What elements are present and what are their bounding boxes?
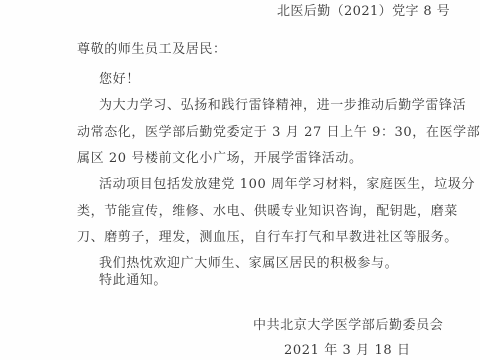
signature-date: 2021 年 3 月 18 日: [284, 343, 411, 359]
paragraph-3: 我们热忱欢迎广大师生、家属区居民的积极参与。: [99, 256, 398, 272]
paragraph-1-line-3: 属区 20 号楼前文化小广场，开展学雷锋活动。: [77, 151, 363, 167]
signature-organization: 中共北京大学医学部后勤委员会: [253, 318, 443, 334]
salutation: 尊敬的师生员工及居民：: [77, 42, 227, 58]
document-page: 北医后勤（2021）党字 8 号 尊敬的师生员工及居民： 您好！ 为大力学习、弘…: [0, 0, 480, 360]
document-number: 北医后勤（2021）党字 8 号: [277, 4, 450, 20]
paragraph-1-line-1: 为大力学习、弘扬和践行雷锋精神，进一步推动后勤学雷锋活: [99, 98, 466, 114]
closing-remark: 特此通知。: [99, 273, 167, 289]
paragraph-2-line-1: 活动项目包括发放建党 100 周年学习材料，家庭医生，垃圾分: [99, 177, 475, 193]
greeting: 您好！: [99, 72, 140, 88]
paragraph-2-line-3: 刀、磨剪子，理发，测血压，自行车打气和早教进社区等服务。: [77, 230, 458, 246]
paragraph-2-line-2: 类，节能宣传，维修、水电、供暖专业知识咨询，配钥匙，磨菜: [77, 204, 458, 220]
paragraph-1-line-2: 动常态化，医学部后勤党委定于 3 月 27 日上午 9：30，在医学部家: [77, 125, 480, 141]
